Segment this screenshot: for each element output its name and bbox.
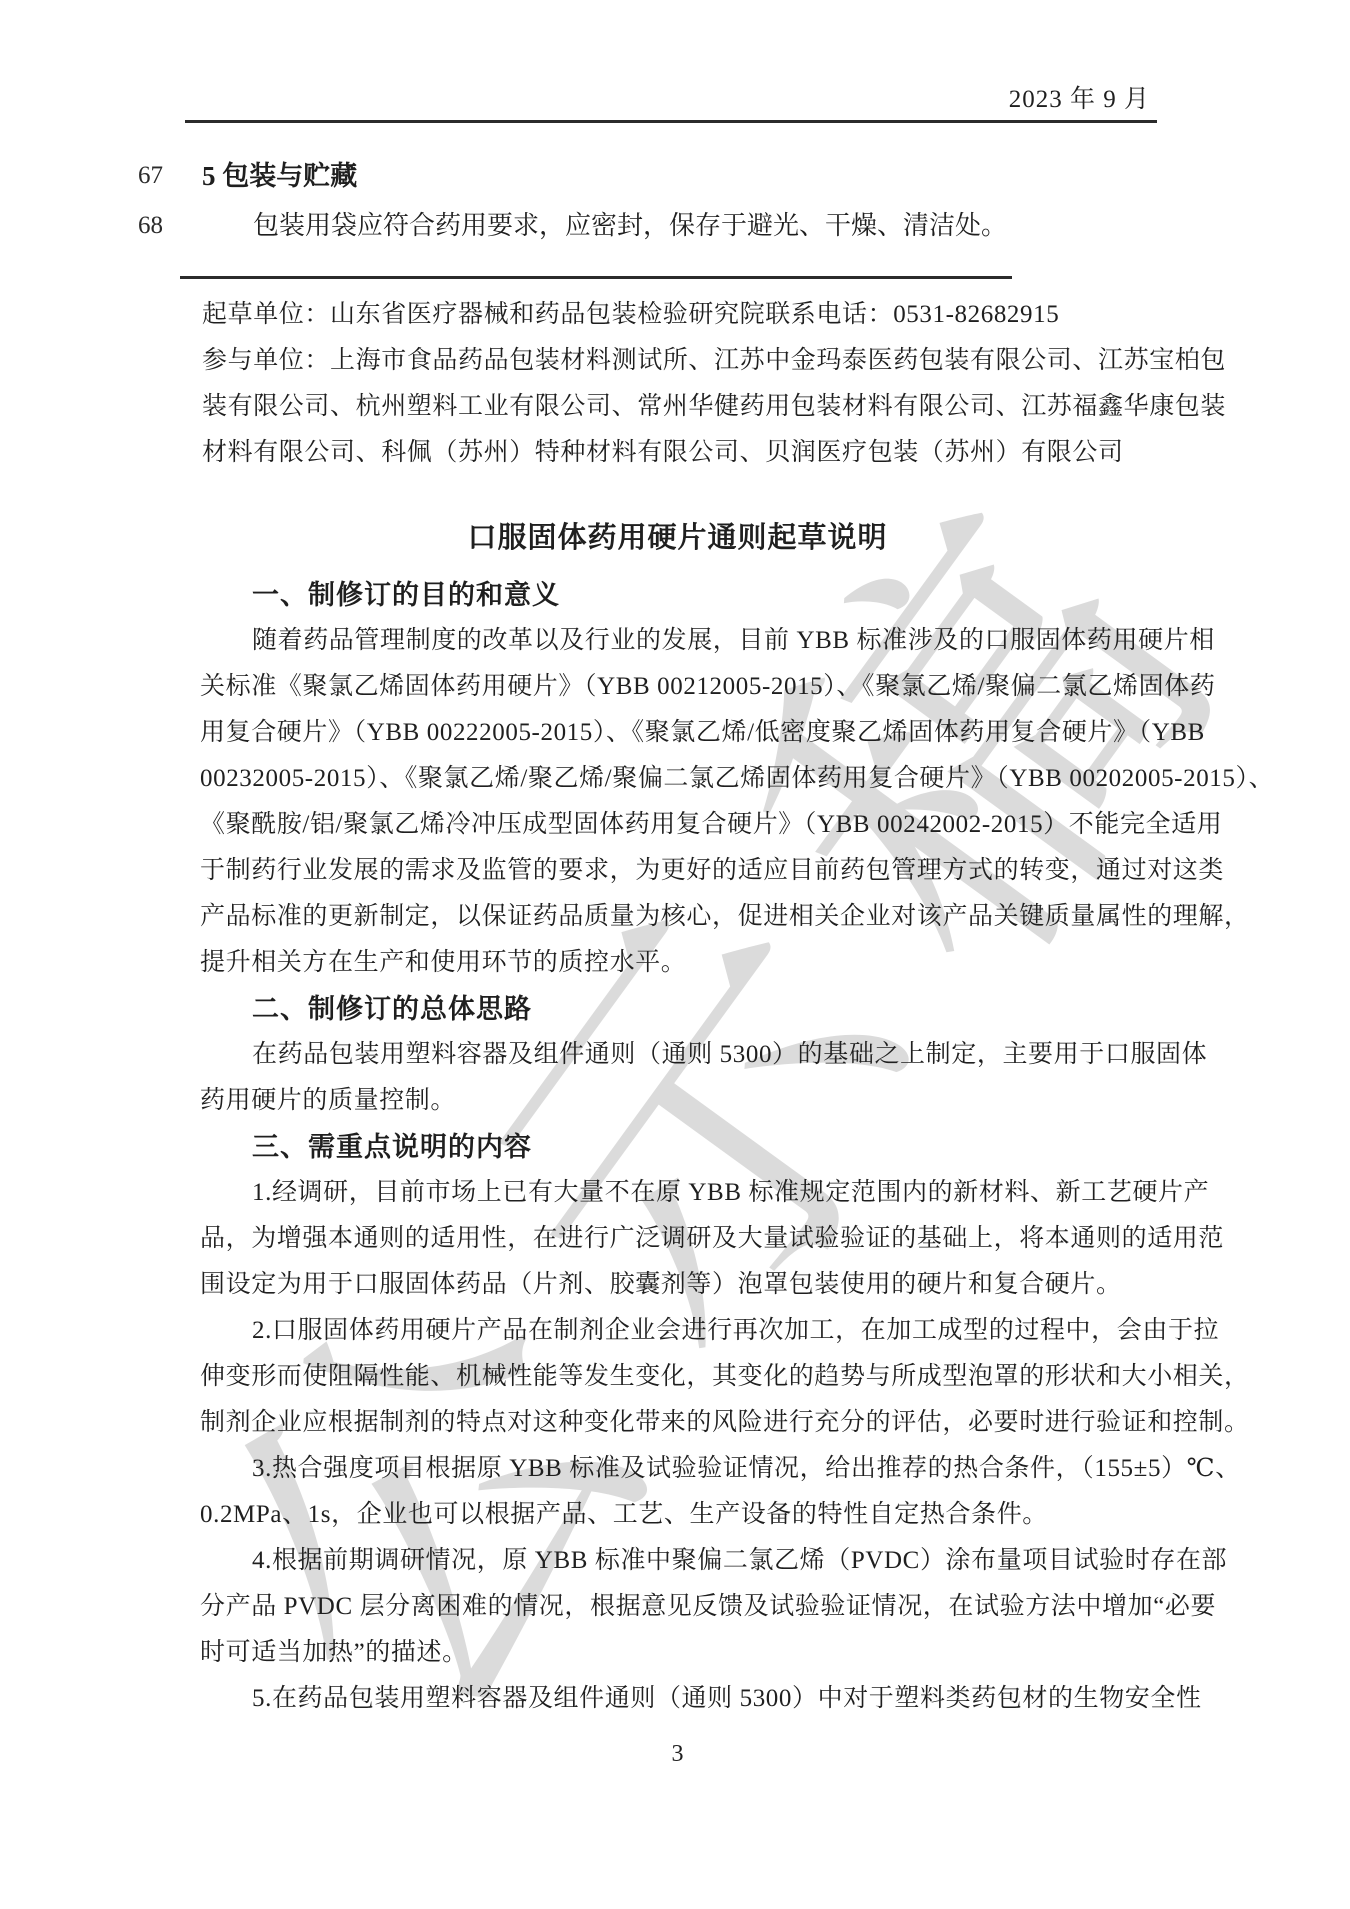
- text-line: 围设定为用于口服固体药品（片剂、胶囊剂等）泡罩包装使用的硬片和复合硬片。: [200, 1262, 1160, 1308]
- numbered-line: 675 包装与贮藏: [0, 156, 1350, 206]
- page-number: 3: [200, 1736, 1155, 1772]
- text-line: 起草单位：山东省医疗器械和药品包装检验研究院联系电话：0531-82682915: [202, 292, 1162, 338]
- text-line: 时可适当加热”的描述。: [200, 1630, 1160, 1676]
- numbered-lines: 675 包装与贮藏68包装用袋应符合药用要求，应密封，保存于避光、干燥、清洁处。: [0, 156, 1350, 256]
- text-line: 分产品 PVDC 层分离困难的情况，根据意见反馈及试验验证情况，在试验方法中增加…: [200, 1584, 1160, 1630]
- text-line: 00232005-2015）、《聚氯乙烯/聚乙烯/聚偏二氯乙烯固体药用复合硬片》…: [200, 756, 1160, 802]
- section-heading: 三、需重点说明的内容: [200, 1124, 1160, 1170]
- page-content: 2023 年 9 月 675 包装与贮藏68包装用袋应符合药用要求，应密封，保存…: [0, 0, 1350, 1909]
- text-line: 在药品包装用塑料容器及组件通则（通则 5300）的基础之上制定，主要用于口服固体: [200, 1032, 1160, 1078]
- section-heading: 一、制修订的目的和意义: [200, 572, 1160, 618]
- line-text: 包装用袋应符合药用要求，应密封，保存于避光、干燥、清洁处。: [253, 206, 1007, 246]
- text-line: 参与单位：上海市食品药品包装材料测试所、江苏中金玛泰医药包装有限公司、江苏宝柏包: [202, 338, 1162, 384]
- footnote-separator-rule: [180, 276, 1012, 279]
- text-line: 伸变形而使阻隔性能、机械性能等发生变化，其变化的趋势与所成型泡罩的形状和大小相关…: [200, 1354, 1160, 1400]
- text-line: 装有限公司、杭州塑料工业有限公司、常州华健药用包装材料有限公司、江苏福鑫华康包装: [202, 384, 1162, 430]
- explanation-title: 口服固体药用硬片通则起草说明: [200, 518, 1155, 558]
- line-text: 5 包装与贮藏: [202, 156, 357, 196]
- text-line: 产品标准的更新制定，以保证药品质量为核心，促进相关企业对该产品关键质量属性的理解…: [200, 894, 1160, 940]
- text-line: 随着药品管理制度的改革以及行业的发展，目前 YBB 标准涉及的口服固体药用硬片相: [200, 618, 1160, 664]
- text-line: 用复合硬片》（YBB 00222005-2015）、《聚氯乙烯/低密度聚乙烯固体…: [200, 710, 1160, 756]
- text-line: 品，为增强本通则的适用性，在进行广泛调研及大量试验验证的基础上，将本通则的适用范: [200, 1216, 1160, 1262]
- text-line: 1.经调研，目前市场上已有大量不在原 YBB 标准规定范围内的新材料、新工艺硬片…: [200, 1170, 1160, 1216]
- header-rule: [185, 120, 1157, 123]
- section-heading: 二、制修订的总体思路: [200, 986, 1160, 1032]
- explanation-body: 一、制修订的目的和意义随着药品管理制度的改革以及行业的发展，目前 YBB 标准涉…: [200, 572, 1160, 1722]
- text-line: 材料有限公司、科佩（苏州）特种材料有限公司、贝润医疗包装（苏州）有限公司: [202, 430, 1162, 476]
- text-line: 5.在药品包装用塑料容器及组件通则（通则 5300）中对于塑料类药包材的生物安全…: [200, 1676, 1160, 1722]
- text-line: 制剂企业应根据制剂的特点对这种变化带来的风险进行充分的评估，必要时进行验证和控制…: [200, 1400, 1160, 1446]
- text-line: 《聚酰胺/铝/聚氯乙烯冷冲压成型固体药用复合硬片》（YBB 00242002-2…: [200, 802, 1160, 848]
- text-line: 药用硬片的质量控制。: [200, 1078, 1160, 1124]
- document-page: 公示稿 2023 年 9 月 675 包装与贮藏68包装用袋应符合药用要求，应密…: [0, 0, 1350, 1909]
- text-line: 于制药行业发展的需求及监管的要求，为更好的适应目前药包管理方式的转变，通过对这类: [200, 848, 1160, 894]
- line-number: 67: [138, 156, 163, 196]
- text-line: 关标准《聚氯乙烯固体药用硬片》（YBB 00212005-2015）、《聚氯乙烯…: [200, 664, 1160, 710]
- drafting-units-info: 起草单位：山东省医疗器械和药品包装检验研究院联系电话：0531-82682915…: [202, 292, 1162, 476]
- numbered-line: 68包装用袋应符合药用要求，应密封，保存于避光、干燥、清洁处。: [0, 206, 1350, 256]
- text-line: 4.根据前期调研情况，原 YBB 标准中聚偏二氯乙烯（PVDC）涂布量项目试验时…: [200, 1538, 1160, 1584]
- text-line: 2.口服固体药用硬片产品在制剂企业会进行再次加工，在加工成型的过程中，会由于拉: [200, 1308, 1160, 1354]
- header-date: 2023 年 9 月: [1009, 84, 1150, 116]
- text-line: 提升相关方在生产和使用环节的质控水平。: [200, 940, 1160, 986]
- line-number: 68: [138, 206, 163, 246]
- text-line: 3.热合强度项目根据原 YBB 标准及试验验证情况，给出推荐的热合条件，（155…: [200, 1446, 1160, 1492]
- text-line: 0.2MPa、1s，企业也可以根据产品、工艺、生产设备的特性自定热合条件。: [200, 1492, 1160, 1538]
